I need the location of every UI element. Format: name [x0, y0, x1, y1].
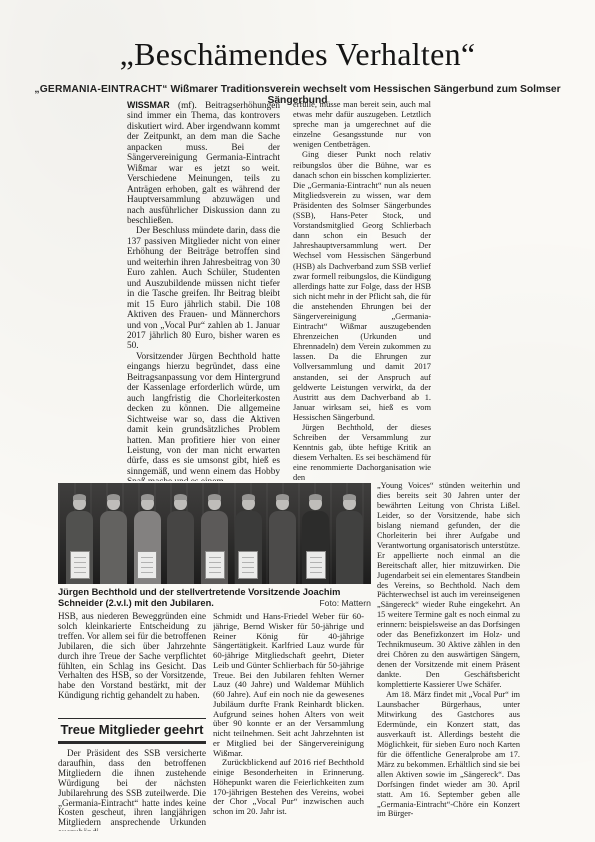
- kicker-lead: „GERMANIA-EINTRACHT“: [34, 84, 167, 95]
- newspaper-page: „Beschämendes Verhalten“ „GERMANIA-EINTR…: [0, 0, 595, 842]
- person-silhouette: [132, 483, 163, 584]
- paragraph: Der Beschluss mündete darin, dass die 13…: [127, 226, 280, 351]
- article-title: „Beschämendes Verhalten“: [40, 36, 555, 73]
- paragraph: HSB, aus niederen Beweggründen eine solc…: [58, 612, 206, 701]
- paragraph: WISSMAR (mf). Beitragserhöhungen sind im…: [127, 100, 280, 226]
- paragraph: Schmidt und Hans-Friedel Weber für 60-jä…: [213, 612, 364, 758]
- person-silhouette: [233, 483, 264, 584]
- bottom-left-column-upper: HSB, aus niederen Beweggründen eine solc…: [58, 612, 206, 704]
- certificate: [306, 551, 326, 579]
- photo-caption: Jürgen Bechthold und der stellvertretend…: [58, 587, 371, 609]
- certificate: [238, 551, 258, 579]
- photo-caption-text: Jürgen Bechthold und der stellvertretend…: [58, 587, 340, 608]
- paragraph: Am 18. März findet mit „Vocal Pur“ im La…: [377, 690, 520, 819]
- person-silhouette: [64, 483, 95, 584]
- person-silhouette: [267, 483, 298, 584]
- certificate: [70, 551, 90, 579]
- photo-credit: Foto: Mattern: [319, 598, 371, 609]
- person-silhouette: [98, 483, 129, 584]
- paragraph: „Young Voices“ stünden weiterhin und die…: [377, 481, 520, 690]
- section-heading-box: Treue Mitglieder geehrt: [58, 718, 206, 744]
- certificate: [205, 551, 225, 579]
- paragraph: Der Präsident des SSB versicherte darauf…: [58, 749, 206, 831]
- section-heading: Treue Mitglieder geehrt: [58, 722, 206, 737]
- dateline: WISSMAR: [127, 100, 170, 110]
- person-silhouette: [199, 483, 230, 584]
- certificate: [137, 551, 157, 579]
- paragraph-text: (mf). Beitragserhöhungen sind immer ein …: [127, 101, 280, 226]
- paragraph: Jürgen Bechthold, der dieses Schreiben d…: [293, 423, 431, 482]
- body-column-1: WISSMAR (mf). Beitragserhöhungen sind im…: [127, 100, 280, 481]
- jubilee-group-photo: [58, 483, 371, 584]
- paragraph: Vorsitzender Jürgen Bechthold hatte eing…: [127, 352, 280, 481]
- person-silhouette: [165, 483, 196, 584]
- body-column-2: erfülle, müsse man bereit sein, auch mal…: [293, 100, 431, 482]
- paragraph: Zurückblickend auf 2016 rief Bechthold e…: [213, 758, 364, 817]
- paragraph: erfülle, müsse man bereit sein, auch mal…: [293, 100, 431, 150]
- person-silhouette: [300, 483, 331, 584]
- paragraph: Ging dieser Punkt noch relativ reibungsl…: [293, 150, 431, 423]
- person-silhouette: [334, 483, 365, 584]
- body-column-3: „Young Voices“ stünden weiterhin und die…: [377, 481, 520, 829]
- bottom-left-column-lower: Der Präsident des SSB versicherte darauf…: [58, 749, 206, 831]
- bottom-middle-column: Schmidt und Hans-Friedel Weber für 60-jä…: [213, 612, 364, 830]
